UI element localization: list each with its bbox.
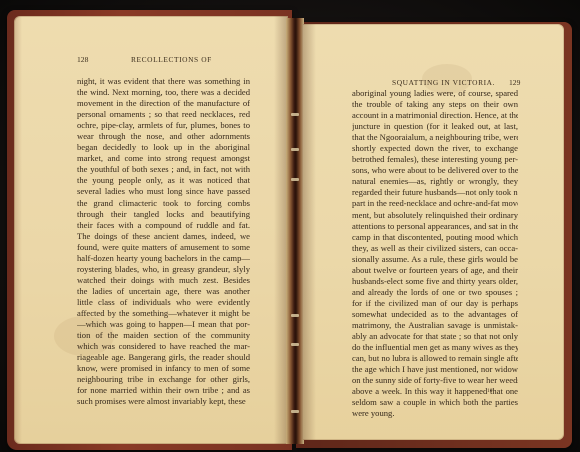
text-line: the young people only, as it was noticed… — [77, 175, 250, 186]
text-line: natural enemies—as, rightly or wrongly, … — [352, 176, 518, 187]
text-line: juncture in question (for it leaked out,… — [352, 121, 518, 132]
text-line: the ladies of uncertain age, there was a… — [77, 286, 250, 297]
text-line: know, were promised in infancy to men of… — [77, 363, 250, 374]
left-running-head: RECOLLECTIONS OF — [131, 55, 212, 64]
text-line: the trouble of taking any steps on their… — [352, 99, 518, 110]
text-line: neighbouring tribe in exchange for other… — [77, 374, 250, 385]
text-line: movement in the direction of the manufac… — [77, 98, 250, 109]
text-line: for none married within their own tribe … — [77, 385, 250, 396]
text-line: above a week. In this way it happened th… — [352, 386, 518, 397]
text-line: seldom saw a couple in which both the pa… — [352, 397, 518, 408]
text-line: camp in that discontented, pouting mood … — [352, 232, 518, 243]
text-line: the wind. Next morning, too, there was a… — [77, 87, 250, 98]
text-line: little class of individuals who were evi… — [77, 297, 250, 308]
text-line: can, but no lubra is allowed to remain s… — [352, 353, 518, 364]
binding-thread — [291, 314, 299, 317]
text-line: attentions to personal appearances, and … — [352, 221, 518, 232]
right-page-number: 129 — [509, 78, 520, 87]
text-line: such promises were almost invariably kep… — [77, 396, 250, 407]
text-line: through their tangled locks and beautify… — [77, 209, 250, 220]
text-line: were young. — [352, 408, 518, 419]
text-line: somewhat undecided as to the advantages … — [352, 309, 518, 320]
text-line: part in the reed-necklace and ochre-and-… — [352, 198, 518, 209]
text-line: —which was going to happen—I mean that p… — [77, 319, 250, 330]
text-line: began decidedly to look up in the aborig… — [77, 142, 250, 153]
text-line: the age which I have just mentioned, nor… — [352, 364, 518, 375]
right-page-text: aboriginal young ladies were, of course,… — [352, 88, 518, 419]
binding-thread — [291, 178, 299, 181]
text-line: which was considered to have reached the… — [77, 341, 250, 352]
text-line: ment, but absolutely relinquished their … — [352, 210, 518, 221]
binding-thread — [291, 343, 299, 346]
text-line: and already the lords of one or two spou… — [352, 287, 518, 298]
text-line: do the influential men get as many wives… — [352, 342, 518, 353]
signature-mark: 10 — [487, 388, 493, 394]
text-line: that the Ngooraialum, a neighbouring tri… — [352, 132, 518, 143]
text-line: they, as well as their civilized sisters… — [352, 243, 518, 254]
left-page-number: 128 — [77, 55, 88, 64]
text-line: watched their doings with much zest. Bes… — [77, 275, 250, 286]
text-line: half-dozen hearty young bachelors in the… — [77, 253, 250, 264]
text-line: personal ornaments ; so that reed neckla… — [77, 109, 250, 120]
right-running-head: SQUATTING IN VICTORIA. — [392, 78, 495, 87]
text-line: on the sunny side of forty-five to wear … — [352, 375, 518, 386]
binding-thread — [291, 410, 299, 413]
text-line: husbands-elect some five and thirty year… — [352, 276, 518, 287]
text-line: about twelve or fourteen years of age, a… — [352, 265, 518, 276]
text-line: sionally assume. As a rule, these girls … — [352, 254, 518, 265]
text-line: sons, who were about to be delivered ove… — [352, 165, 518, 176]
text-line: several ladies who must long since have … — [77, 186, 250, 197]
text-line: ochre, pipe-clay, armlets of fur, plumes… — [77, 120, 250, 131]
text-line: ably an advocate for that state ; so tha… — [352, 331, 518, 342]
text-line: wear through the nose, and other adornme… — [77, 131, 250, 142]
text-line: found, were quite matters of amusement t… — [77, 242, 250, 253]
text-line: tion of the maiden section of the commun… — [77, 330, 250, 341]
text-line: the youthful of both sexes ; and, in fac… — [77, 164, 250, 175]
text-line: betrothed females), these interesting yo… — [352, 154, 518, 165]
text-line: roystering blades, who, in greasy grande… — [77, 264, 250, 275]
text-line: riageable age. Bangerang girls, the read… — [77, 352, 250, 363]
text-line: night, it was evident that there was som… — [77, 76, 250, 87]
text-line: matrimony, the Australian savage is unmi… — [352, 320, 518, 331]
text-line: their faces with a compound of ruddle an… — [77, 220, 250, 231]
text-line: affected by the something—whatever it mi… — [77, 308, 250, 319]
text-line: account in a matrimonial direction. Henc… — [352, 110, 518, 121]
binding-thread — [291, 148, 299, 151]
text-line: for if the civilized man of our day is p… — [352, 298, 518, 309]
left-page-text: night, it was evident that there was som… — [77, 76, 250, 407]
text-line: regarded their future husbands—not only … — [352, 187, 518, 198]
text-line: the grand climacteric took to forcing co… — [77, 198, 250, 209]
text-line: aboriginal young ladies were, of course,… — [352, 88, 518, 99]
binding-thread — [291, 113, 299, 116]
text-line: shortly expected down the river, to exch… — [352, 143, 518, 154]
text-line: The doings of these ancient dames, indee… — [77, 231, 250, 242]
book-photo: 128 RECOLLECTIONS OF night, it was evide… — [0, 0, 580, 452]
text-line: market, and come into strong request amo… — [77, 153, 250, 164]
